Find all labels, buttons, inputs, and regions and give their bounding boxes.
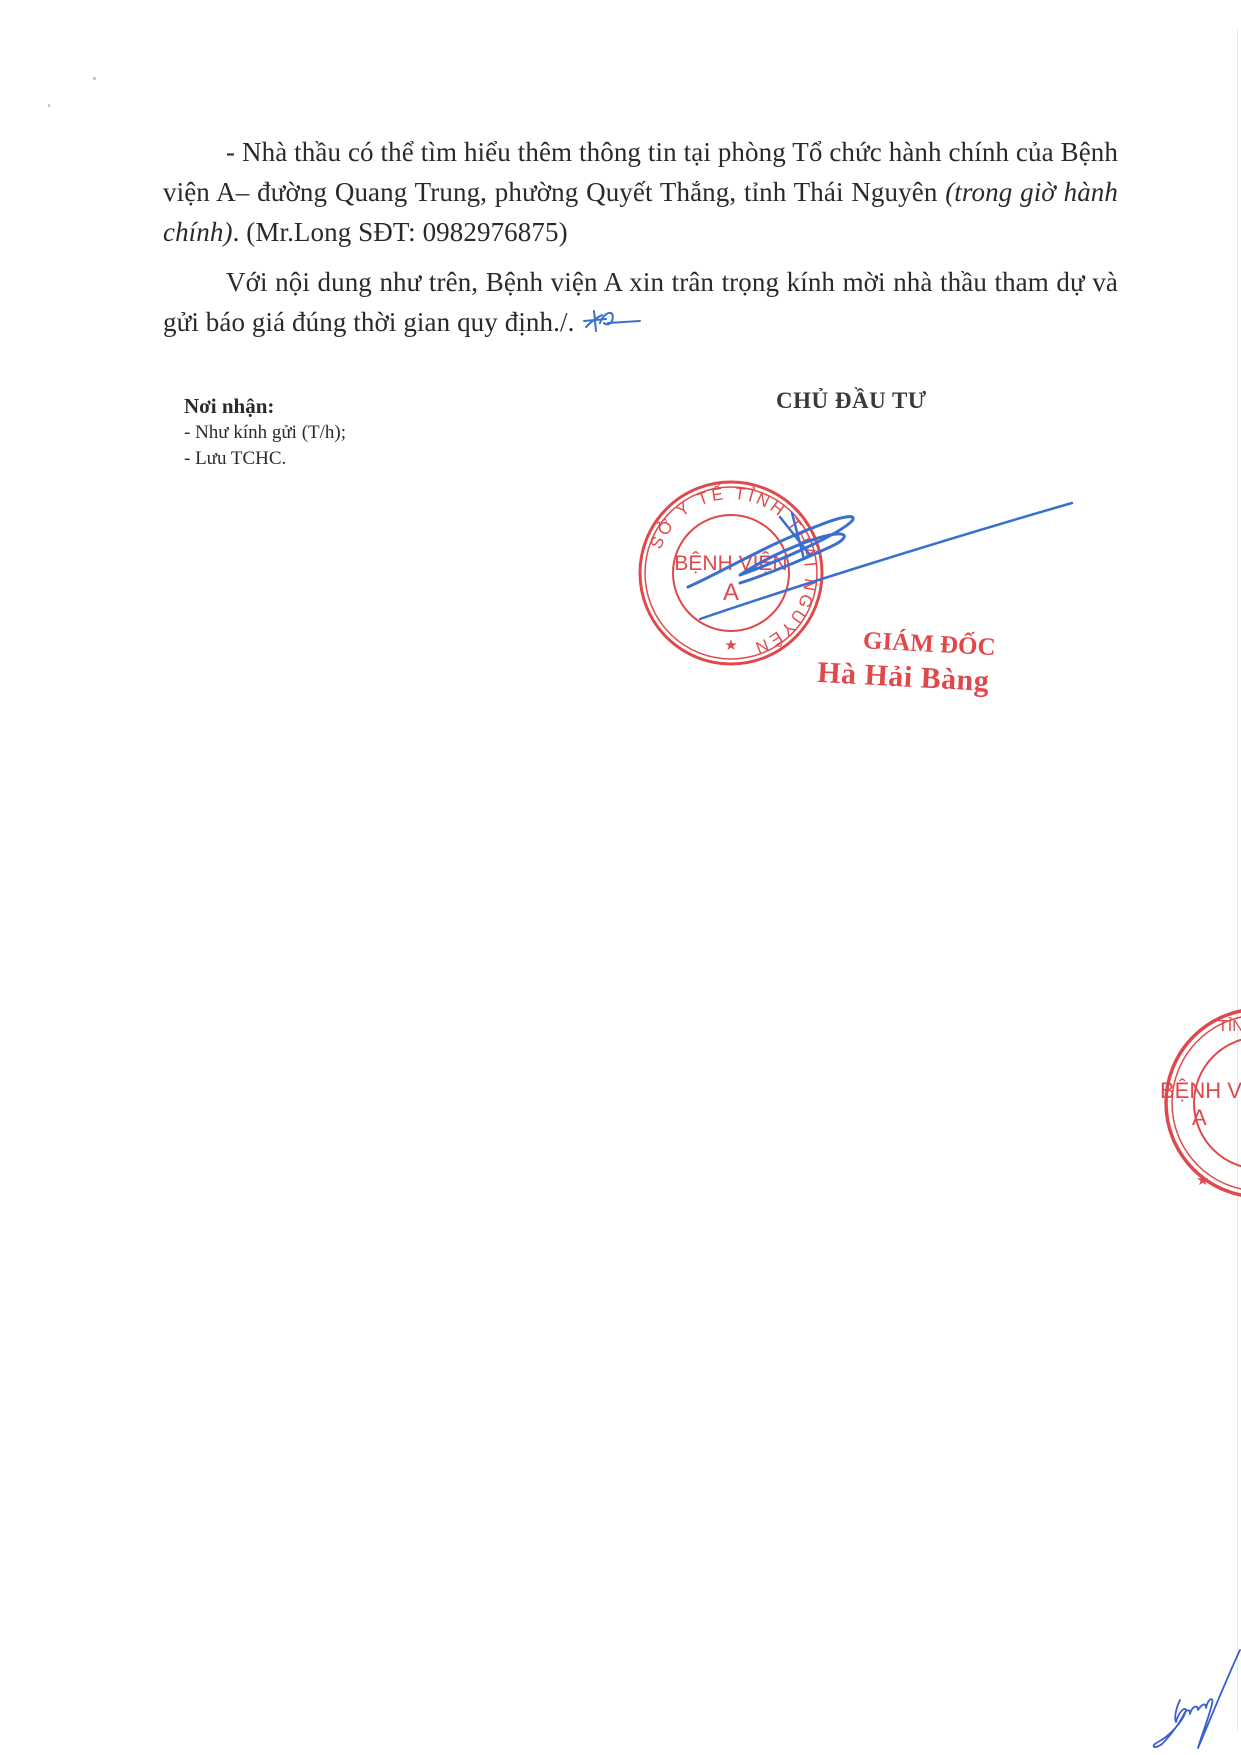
director-signature-icon xyxy=(680,495,1080,625)
recipients-block: Nơi nhận: - Như kính gửi (T/h); - Lưu TC… xyxy=(184,392,346,472)
document-page: - Nhà thầu có thể tìm hiểu thêm thông ti… xyxy=(0,0,1241,1755)
contact-person-text: . (Mr.Long SĐT: 0982976875) xyxy=(233,217,568,247)
partial-stamp-line2: A xyxy=(1192,1105,1207,1130)
recipient-item: - Như kính gửi (T/h); xyxy=(184,420,346,446)
recipients-title: Nơi nhận: xyxy=(184,392,346,420)
director-block: GIÁM ĐỐC Hà Hải Bàng xyxy=(816,622,1039,701)
partial-stamp-edge: TỈNH BỆNH V A ★ xyxy=(1160,1003,1241,1203)
initials-mark-icon xyxy=(580,307,642,335)
partial-stamp-top: TỈNH xyxy=(1218,1016,1241,1035)
partial-stamp-line1: BỆNH V xyxy=(1160,1078,1241,1103)
contact-info-paragraph: - Nhà thầu có thể tìm hiểu thêm thông ti… xyxy=(163,132,1118,252)
scan-edge-line xyxy=(1237,30,1238,1730)
signer-title: CHỦ ĐẦU TƯ xyxy=(776,388,927,414)
partial-stamp-star: ★ xyxy=(1196,1171,1209,1189)
stamp-star: ★ xyxy=(724,636,737,654)
page-initial-signature-icon xyxy=(1150,1610,1241,1755)
scan-speck xyxy=(93,77,96,80)
scan-speck xyxy=(48,104,50,107)
partial-stamp-icon: TỈNH BỆNH V A ★ xyxy=(1160,1003,1241,1203)
invitation-paragraph: Với nội dung như trên, Bệnh viện A xin t… xyxy=(163,262,1118,342)
recipient-item: - Lưu TCHC. xyxy=(184,446,346,472)
